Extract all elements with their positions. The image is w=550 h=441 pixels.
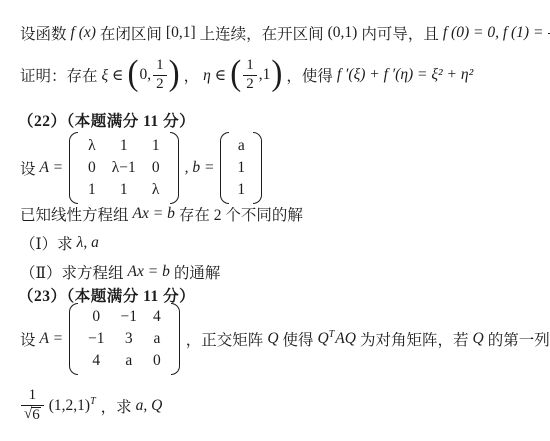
fraction-denominator: 2 — [153, 75, 167, 93]
p23-vector-transpose: (1,2,1)T — [49, 397, 97, 415]
p22-part1: （Ⅰ）求 λ, a — [20, 232, 99, 254]
sqrt-radicand: 6 — [31, 407, 41, 424]
matrix-cell: 0 — [152, 159, 160, 177]
matrix-cell: 4 — [92, 352, 100, 370]
sqrt-expression: √6 — [24, 407, 41, 424]
p22-known1: 已知线性方程组 — [20, 203, 129, 225]
p22-part1-math: λ, a — [77, 234, 99, 252]
matrix-left-paren — [220, 132, 229, 204]
p22-part1-label: （Ⅰ）求 — [20, 232, 73, 254]
p22-known-line: 已知线性方程组 Ax = b 存在 2 个不同的解 — [20, 203, 303, 225]
p21-l1-fx: f (x) — [71, 24, 96, 42]
vector-cells: a 1 1 — [229, 132, 253, 204]
p23-s3: 为对角矩阵，若 — [360, 328, 469, 350]
p22-header-text: （22）（本题满分 11 分） — [18, 109, 195, 131]
p21-l1-text1: 设函数 — [20, 22, 67, 44]
p23-find-aQ: a, Q — [136, 397, 163, 415]
right-paren: ) — [271, 59, 282, 91]
matrix-right-paren — [170, 132, 179, 204]
document-page: 设函数 f (x) 在闭区间 [0,1] 上连续，在开区间 (0,1) 内可导，… — [0, 0, 550, 441]
fraction-denominator: 2 — [243, 75, 257, 93]
fraction-one-half: 1 2 — [243, 58, 257, 93]
matrix-cell: λ — [152, 181, 160, 199]
matrix-cell: −1 — [88, 330, 105, 348]
matrix-cell: 1 — [120, 137, 128, 155]
p22-b-equals: , b = — [185, 159, 215, 177]
p23-matrix-line: 设 A = 0 −1 4 −1 3 a 4 a 0 ，正交矩阵 Q 使得 QTA… — [20, 303, 550, 375]
p22-matrix-line: 设 A = λ 1 1 0 λ−1 0 1 1 λ , b = a 1 1 — [20, 132, 264, 204]
matrix-cell: 0 — [88, 159, 96, 177]
matrix-left-paren — [69, 132, 78, 204]
p22-Axb: Ax = b — [133, 205, 175, 223]
p23-s4: 的第一列为 — [488, 328, 550, 350]
matrix-cell: 0 — [153, 352, 161, 370]
matrix-cells: 0 −1 4 −1 3 a 4 a 0 — [78, 303, 171, 375]
p23-Q1: Q — [267, 330, 278, 348]
right-paren: ) — [169, 59, 180, 91]
p21-line2: 证明：存在 ξ ∈ ( 0, 1 2 ) ， η ∈ ( 1 2 ,1 ) ，使… — [20, 58, 473, 93]
matrix-A-22: λ 1 1 0 λ−1 0 1 1 λ — [69, 132, 179, 204]
p22-part2-tail: 的通解 — [174, 261, 221, 283]
p21-l2-prove: 证明：存在 — [20, 64, 98, 86]
vector-b-22: a 1 1 — [220, 132, 262, 204]
p23-QTAQ: QTAQ — [318, 330, 356, 348]
p23-set: 设 — [20, 328, 36, 350]
left-paren: ( — [230, 59, 241, 91]
p21-line1: 设函数 f (x) 在闭区间 [0,1] 上连续，在开区间 (0,1) 内可导，… — [20, 16, 550, 51]
vector-cell: a — [238, 137, 245, 155]
interval-0-half: ( 0, 1 2 ) — [128, 58, 180, 93]
p21-l1-open-interval: (0,1) — [328, 24, 358, 42]
p22-header: （22）（本题满分 11 分） — [18, 109, 195, 131]
fraction-denominator: √6 — [21, 405, 44, 424]
p21-l1-text2: 在闭区间 — [100, 22, 162, 44]
interval-zero: 0, — [140, 66, 152, 84]
p23-s1: ，正交矩阵 — [186, 328, 264, 350]
matrix-cell: 1 — [152, 137, 160, 155]
matrix-cell: a — [153, 330, 160, 348]
p21-l2-equation: f ′(ξ) + f ′(η) = ξ² + η² — [337, 66, 473, 84]
left-paren: ( — [128, 59, 139, 91]
matrix-cell: 4 — [153, 308, 161, 326]
interval-half-1: ( 1 2 ,1 ) — [230, 58, 282, 93]
matrix-cell: 0 — [92, 308, 100, 326]
p23-s2: 使得 — [283, 328, 314, 350]
p21-l1-text4: 内可导，且 — [361, 22, 439, 44]
p22-part2-label: （Ⅱ）求方程组 — [20, 261, 124, 283]
transpose-sup: T — [90, 396, 96, 407]
fraction-numerator: 1 — [153, 58, 167, 75]
p23-Q2: Q — [472, 330, 483, 348]
QT-rest: AQ — [335, 330, 356, 347]
QT-base: Q — [318, 330, 329, 347]
p23-last-line: 1 √6 (1,2,1)T ，求 a, Q — [20, 388, 162, 424]
matrix-cell: 1 — [120, 181, 128, 199]
matrix-right-paren — [171, 303, 180, 375]
p21-l1-closed-interval: [0,1] — [166, 24, 196, 42]
fraction-numerator: 1 — [26, 388, 40, 405]
matrix-left-paren — [69, 303, 78, 375]
p22-part2-math: Ax = b — [128, 263, 170, 281]
matrix-cell: −1 — [121, 308, 138, 326]
transpose-sup: T — [329, 329, 335, 340]
vector-121: (1,2,1) — [49, 397, 90, 414]
p22-known2: 存在 2 个不同的解 — [179, 203, 303, 225]
matrix-cell: a — [125, 352, 132, 370]
matrix-A-23: 0 −1 4 −1 3 a 4 a 0 — [69, 303, 180, 375]
p21-l2-such-that: ，使得 — [286, 64, 333, 86]
vector-cell: 1 — [237, 181, 245, 199]
p23-tail: ，求 — [101, 395, 132, 417]
matrix-cell: 1 — [88, 181, 96, 199]
fraction-one-over-sqrt6: 1 √6 — [21, 388, 44, 424]
p22-A-equals: A = — [40, 159, 64, 177]
p22-set: 设 — [20, 157, 36, 179]
vector-cell: 1 — [237, 159, 245, 177]
matrix-right-paren — [253, 132, 262, 204]
p21-l2-comma: ， — [184, 64, 200, 86]
p21-l1-fvalues: f (0) = 0, f (1) = — [443, 24, 544, 42]
p21-l2-eta-in: η ∈ — [203, 66, 226, 85]
p21-l1-text3: 上连续，在开区间 — [200, 22, 324, 44]
fraction-one-half: 1 2 — [153, 58, 167, 93]
matrix-cell: λ−1 — [112, 159, 136, 177]
p23-A-equals: A = — [40, 330, 64, 348]
matrix-cells: λ 1 1 0 λ−1 0 1 1 λ — [78, 132, 170, 204]
fraction-numerator: 1 — [243, 58, 257, 75]
matrix-cell: λ — [88, 137, 96, 155]
p22-part2: （Ⅱ）求方程组 Ax = b 的通解 — [20, 261, 220, 283]
matrix-cell: 3 — [125, 330, 133, 348]
interval-one: ,1 — [259, 66, 271, 84]
p21-l2-xi-in: ξ ∈ — [102, 66, 124, 85]
